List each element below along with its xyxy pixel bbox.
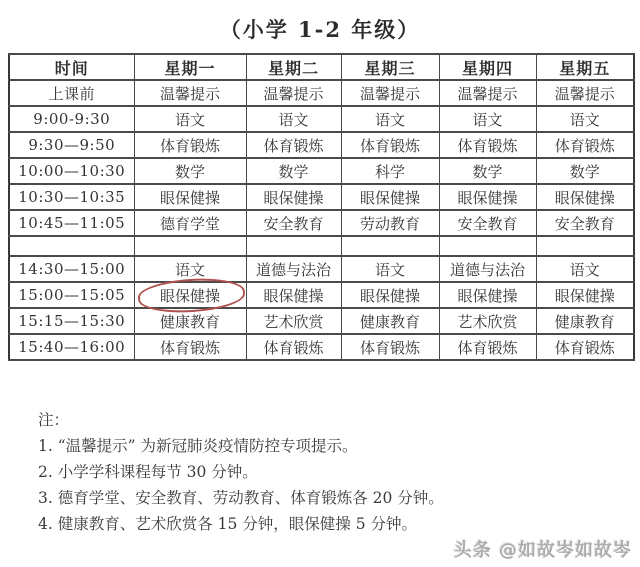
note-item: 1. “温馨提示” 为新冠肺炎疫情防控专项提示。: [38, 433, 640, 459]
subject-cell: 安全教育: [536, 210, 634, 236]
note-item: 2. 小学学科课程每节 30 分钟。: [38, 459, 640, 485]
time-cell: 15:15—15:30: [9, 308, 134, 334]
subject-cell: 安全教育: [439, 210, 536, 236]
schedule-row: 上课前温馨提示温馨提示温馨提示温馨提示温馨提示: [9, 80, 634, 106]
subject-cell: 眼保健操: [536, 184, 634, 210]
subject-cell: 语文: [341, 106, 439, 132]
schedule-row: 9:30—9:50体育锻炼体育锻炼体育锻炼体育锻炼体育锻炼: [9, 132, 634, 158]
subject-cell: 体育锻炼: [134, 334, 246, 360]
time-cell: 14:30—15:00: [9, 256, 134, 282]
subject-cell: 眼保健操: [134, 282, 246, 308]
subject-cell: 健康教育: [341, 308, 439, 334]
subject-cell: 温馨提示: [439, 80, 536, 106]
subject-cell: 体育锻炼: [246, 132, 341, 158]
subject-cell: [246, 236, 341, 256]
time-cell: 15:00—15:05: [9, 282, 134, 308]
subject-cell: 语文: [134, 106, 246, 132]
subject-cell: 德育学堂: [134, 210, 246, 236]
col-header-day-5: 星期五: [536, 54, 634, 80]
subject-cell: 劳动教育: [341, 210, 439, 236]
subject-cell: 温馨提示: [341, 80, 439, 106]
subject-cell: 数学: [536, 158, 634, 184]
schedule-row: 10:00—10:30数学数学科学数学数学: [9, 158, 634, 184]
time-cell: [9, 236, 134, 256]
note-item: 4. 健康教育、艺术欣赏各 15 分钟，眼保健操 5 分钟。: [38, 511, 640, 537]
subject-cell: 体育锻炼: [536, 132, 634, 158]
time-cell: 9:30—9:50: [9, 132, 134, 158]
subject-cell: [439, 236, 536, 256]
schedule-row: 10:30—10:35眼保健操眼保健操眼保健操眼保健操眼保健操: [9, 184, 634, 210]
subject-cell: 语文: [536, 106, 634, 132]
subject-cell: 健康教育: [134, 308, 246, 334]
col-header-day-4: 星期四: [439, 54, 536, 80]
subject-cell: 艺术欣赏: [246, 308, 341, 334]
subject-cell: 科学: [341, 158, 439, 184]
subject-cell: 眼保健操: [341, 282, 439, 308]
schedule-row: 9:00-9:30语文语文语文语文语文: [9, 106, 634, 132]
subject-cell: 眼保健操: [439, 282, 536, 308]
col-header-day-3: 星期三: [341, 54, 439, 80]
subject-cell: 体育锻炼: [439, 132, 536, 158]
schedule-row: 15:00—15:05眼保健操眼保健操眼保健操眼保健操眼保健操: [9, 282, 634, 308]
schedule-row: 15:40—16:00体育锻炼体育锻炼体育锻炼体育锻炼体育锻炼: [9, 334, 634, 360]
watermark: 头条 @如故岑如故岑: [454, 536, 632, 562]
col-header-time: 时间: [9, 54, 134, 80]
subject-cell: 语文: [341, 256, 439, 282]
schedule-body: 上课前温馨提示温馨提示温馨提示温馨提示温馨提示9:00-9:30语文语文语文语文…: [9, 80, 634, 360]
notes-list: 1. “温馨提示” 为新冠肺炎疫情防控专项提示。2. 小学学科课程每节 30 分…: [38, 433, 640, 537]
page-title: （小学 1-2 年级）: [0, 14, 640, 44]
subject-cell: 数学: [134, 158, 246, 184]
subject-cell: 眼保健操: [134, 184, 246, 210]
subject-cell: 语文: [246, 106, 341, 132]
time-cell: 10:45—11:05: [9, 210, 134, 236]
subject-cell: 体育锻炼: [341, 132, 439, 158]
spacer-row: [9, 236, 634, 256]
subject-cell: 体育锻炼: [246, 334, 341, 360]
subject-cell: 健康教育: [536, 308, 634, 334]
notes-section: 注： 1. “温馨提示” 为新冠肺炎疫情防控专项提示。2. 小学学科课程每节 3…: [38, 407, 640, 537]
subject-cell: 安全教育: [246, 210, 341, 236]
subject-cell: 眼保健操: [246, 184, 341, 210]
subject-cell: 道德与法治: [439, 256, 536, 282]
header-row: 时间星期一星期二星期三星期四星期五: [9, 54, 634, 80]
subject-cell: [536, 236, 634, 256]
subject-cell: 眼保健操: [536, 282, 634, 308]
subject-cell: 体育锻炼: [536, 334, 634, 360]
schedule-row: 10:45—11:05德育学堂安全教育劳动教育安全教育安全教育: [9, 210, 634, 236]
col-header-day-2: 星期二: [246, 54, 341, 80]
time-cell: 15:40—16:00: [9, 334, 134, 360]
time-cell: 上课前: [9, 80, 134, 106]
subject-cell: 温馨提示: [134, 80, 246, 106]
schedule-row: 14:30—15:00语文道德与法治语文道德与法治语文: [9, 256, 634, 282]
subject-cell: 道德与法治: [246, 256, 341, 282]
schedule-table: 时间星期一星期二星期三星期四星期五 上课前温馨提示温馨提示温馨提示温馨提示温馨提…: [8, 53, 635, 361]
subject-cell: 温馨提示: [246, 80, 341, 106]
subject-cell: 体育锻炼: [439, 334, 536, 360]
time-cell: 9:00-9:30: [9, 106, 134, 132]
notes-label: 注：: [38, 407, 640, 433]
schedule-document: （小学 1-2 年级） 时间星期一星期二星期三星期四星期五 上课前温馨提示温馨提…: [0, 14, 640, 537]
time-cell: 10:00—10:30: [9, 158, 134, 184]
time-cell: 10:30—10:35: [9, 184, 134, 210]
note-item: 3. 德育学堂、安全教育、劳动教育、体育锻炼各 20 分钟。: [38, 485, 640, 511]
schedule-row: 15:15—15:30健康教育艺术欣赏健康教育艺术欣赏健康教育: [9, 308, 634, 334]
subject-cell: 体育锻炼: [134, 132, 246, 158]
subject-cell: 体育锻炼: [341, 334, 439, 360]
col-header-day-1: 星期一: [134, 54, 246, 80]
subject-cell: 艺术欣赏: [439, 308, 536, 334]
subject-cell: 语文: [134, 256, 246, 282]
subject-cell: 数学: [246, 158, 341, 184]
subject-cell: 眼保健操: [246, 282, 341, 308]
subject-cell: 语文: [439, 106, 536, 132]
subject-cell: [341, 236, 439, 256]
subject-cell: 眼保健操: [439, 184, 536, 210]
subject-cell: 数学: [439, 158, 536, 184]
subject-cell: 语文: [536, 256, 634, 282]
subject-cell: [134, 236, 246, 256]
subject-cell: 温馨提示: [536, 80, 634, 106]
subject-cell: 眼保健操: [341, 184, 439, 210]
